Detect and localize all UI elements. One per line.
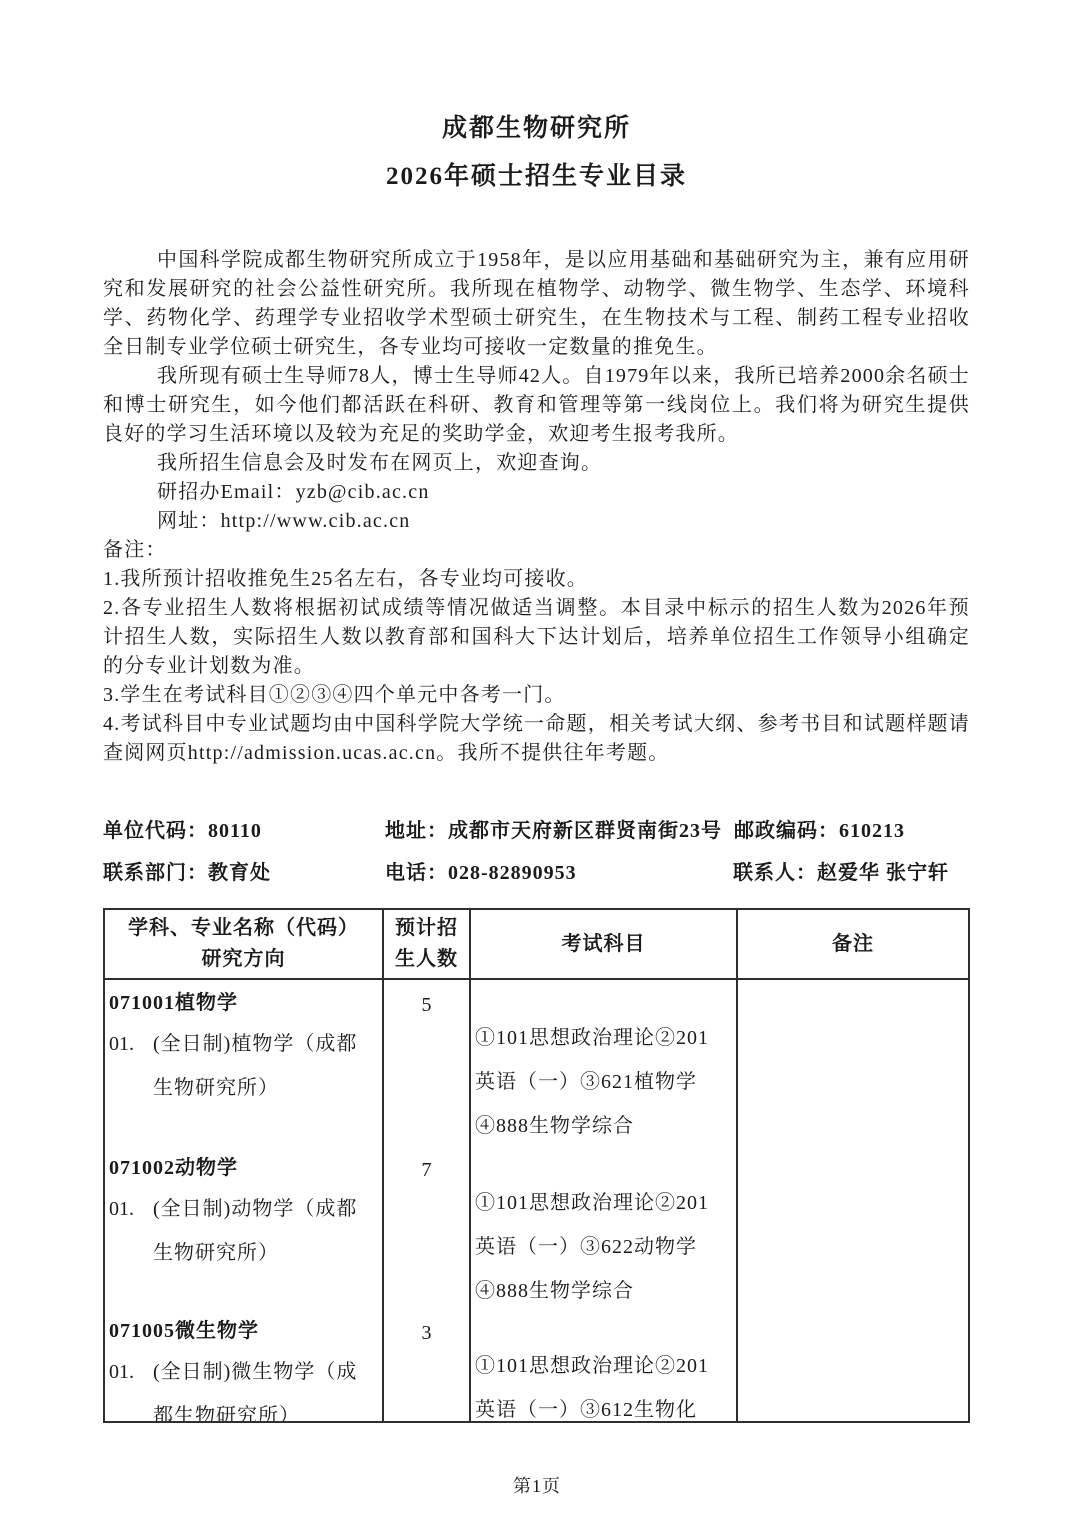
- exam-subjects-text: ①101思想政治理论②201英语（一）③622动物学④888生物学综合: [475, 1145, 713, 1313]
- postcode-value: 610213: [839, 820, 905, 842]
- note-item-2: 2.各专业招生人数将根据初试成绩等情况做适当调整。本目录中标示的招生人数为202…: [103, 594, 970, 681]
- remarks-cell: [738, 1145, 968, 1313]
- address-value: 成都市天府新区群贤南街23号: [448, 820, 722, 842]
- exam-subjects-text: ①101思想政治理论②201英语（一）③612生物化: [475, 1308, 713, 1423]
- exam-subjects-text: ①101思想政治理论②201英语（一）③621植物学④888生物学综合: [475, 980, 713, 1148]
- unit-code-value: 80110: [208, 820, 262, 842]
- remarks-cell: [738, 980, 968, 1148]
- research-direction: 01.(全日制)微生物学（成都生物研究所）: [109, 1350, 366, 1423]
- table-row-zoology: 071002动物学 01.(全日制)动物学（成都生物研究所） 7 ①101思想政…: [105, 1145, 968, 1308]
- contact-person-label: 联系人：: [733, 862, 817, 884]
- contact-dept-value: 教育处: [208, 862, 271, 884]
- intro-section: 中国科学院成都生物研究所成立于1958年，是以应用基础和基础研究为主，兼有应用研…: [103, 246, 970, 536]
- phone-value: 028-82890953: [448, 862, 577, 884]
- note-item-3: 3.学生在考试科目①②③④四个单元中各考一门。: [103, 681, 970, 710]
- research-direction: 01.(全日制)动物学（成都生物研究所）: [109, 1187, 366, 1275]
- exam-subjects-cell: ①101思想政治理论②201英语（一）③622动物学④888生物学综合: [471, 1145, 738, 1313]
- table-header-row: 学科、专业名称（代码） 研究方向 预计招 生人数 考试科目 备注: [105, 910, 968, 980]
- unit-info-row-1: 单位代码：80110 地址：成都市天府新区群贤南街23号邮政编码：610213: [103, 816, 970, 858]
- contact-dept-label: 联系部门：: [103, 862, 208, 884]
- direction-number: 01.: [109, 1187, 153, 1231]
- note-item-1: 1.我所预计招收推免生25名左右，各专业均可接收。: [103, 565, 970, 594]
- page-content: 成都生物研究所 2026年硕士招生专业目录 中国科学院成都生物研究所成立于195…: [103, 0, 970, 1423]
- header-cell-quota: 预计招 生人数: [384, 910, 471, 980]
- direction-number: 01.: [109, 1022, 153, 1066]
- intro-paragraph-2: 我所现有硕士生导师78人，博士生导师42人。自1979年以来，我所已培养2000…: [103, 362, 970, 449]
- research-direction: 01.(全日制)植物学（成都生物研究所）: [109, 1022, 366, 1110]
- header-cell-discipline: 学科、专业名称（代码） 研究方向: [105, 910, 384, 980]
- specialty-code-name: 071002动物学: [109, 1145, 378, 1181]
- address-label: 地址：: [385, 820, 448, 842]
- program-catalog-table: 学科、专业名称（代码） 研究方向 预计招 生人数 考试科目 备注 071001植…: [103, 908, 970, 1423]
- website-line: 网址：http://www.cib.ac.cn: [103, 507, 970, 536]
- contact-person-group: 联系人：赵爱华 张宁轩: [733, 858, 949, 888]
- unit-info-row-2: 联系部门：教育处 电话：028-82890953 联系人：赵爱华 张宁轩: [103, 858, 970, 900]
- unit-code-label: 单位代码：: [103, 820, 208, 842]
- note-item-4: 4.考试科目中专业试题均由中国科学院大学统一命题，相关考试大纲、参考书目和试题样…: [103, 710, 970, 768]
- exam-subjects-cell: ①101思想政治理论②201英语（一）③612生物化: [471, 1308, 738, 1423]
- phone-label: 电话：: [385, 862, 448, 884]
- intro-paragraph-1: 中国科学院成都生物研究所成立于1958年，是以应用基础和基础研究为主，兼有应用研…: [103, 246, 970, 362]
- unit-info-section: 单位代码：80110 地址：成都市天府新区群贤南街23号邮政编码：610213 …: [103, 816, 970, 900]
- intro-paragraph-3: 我所招生信息会及时发布在网页上，欢迎查询。: [103, 449, 970, 478]
- doc-title-line2: 2026年硕士招生专业目录: [103, 160, 970, 194]
- direction-text: (全日制)动物学（成都生物研究所）: [153, 1198, 357, 1264]
- direction-text: (全日制)微生物学（成都生物研究所）: [153, 1361, 357, 1423]
- remarks-cell: [738, 1308, 968, 1423]
- table-row-botany: 071001植物学 01.(全日制)植物学（成都生物研究所） 5 ①101思想政…: [105, 980, 968, 1145]
- quota-cell: 3: [384, 1308, 471, 1423]
- discipline-cell: 071002动物学 01.(全日制)动物学（成都生物研究所）: [105, 1145, 384, 1313]
- direction-text: (全日制)植物学（成都生物研究所）: [153, 1033, 357, 1099]
- specialty-code-name: 071005微生物学: [109, 1308, 378, 1344]
- header-cell-remarks: 备注: [738, 910, 968, 980]
- contact-person-value: 赵爱华 张宁轩: [817, 862, 949, 884]
- document-page: 成都生物研究所 2026年硕士招生专业目录 中国科学院成都生物研究所成立于195…: [0, 0, 1074, 1520]
- address-group: 地址：成都市天府新区群贤南街23号邮政编码：610213: [385, 816, 905, 846]
- discipline-cell: 071005微生物学 01.(全日制)微生物学（成都生物研究所）: [105, 1308, 384, 1423]
- admissions-email-line: 研招办Email：yzb@cib.ac.cn: [103, 478, 970, 507]
- notes-section: 备注： 1.我所预计招收推免生25名左右，各专业均可接收。 2.各专业招生人数将…: [103, 536, 970, 768]
- doc-title-line1: 成都生物研究所: [103, 112, 970, 146]
- quota-cell: 7: [384, 1145, 471, 1313]
- exam-subjects-cell: ①101思想政治理论②201英语（一）③621植物学④888生物学综合: [471, 980, 738, 1148]
- discipline-cell: 071001植物学 01.(全日制)植物学（成都生物研究所）: [105, 980, 384, 1148]
- phone-group: 电话：028-82890953: [385, 858, 577, 888]
- table-row-microbiology: 071005微生物学 01.(全日制)微生物学（成都生物研究所） 3 ①101思…: [105, 1308, 968, 1423]
- specialty-code-name: 071001植物学: [109, 980, 378, 1016]
- notes-label: 备注：: [103, 536, 970, 565]
- direction-number: 01.: [109, 1350, 153, 1394]
- page-number: 第1页: [0, 1472, 1074, 1498]
- postcode-label: 邮政编码：: [734, 820, 839, 842]
- header-cell-exam-subjects: 考试科目: [471, 910, 738, 980]
- quota-cell: 5: [384, 980, 471, 1148]
